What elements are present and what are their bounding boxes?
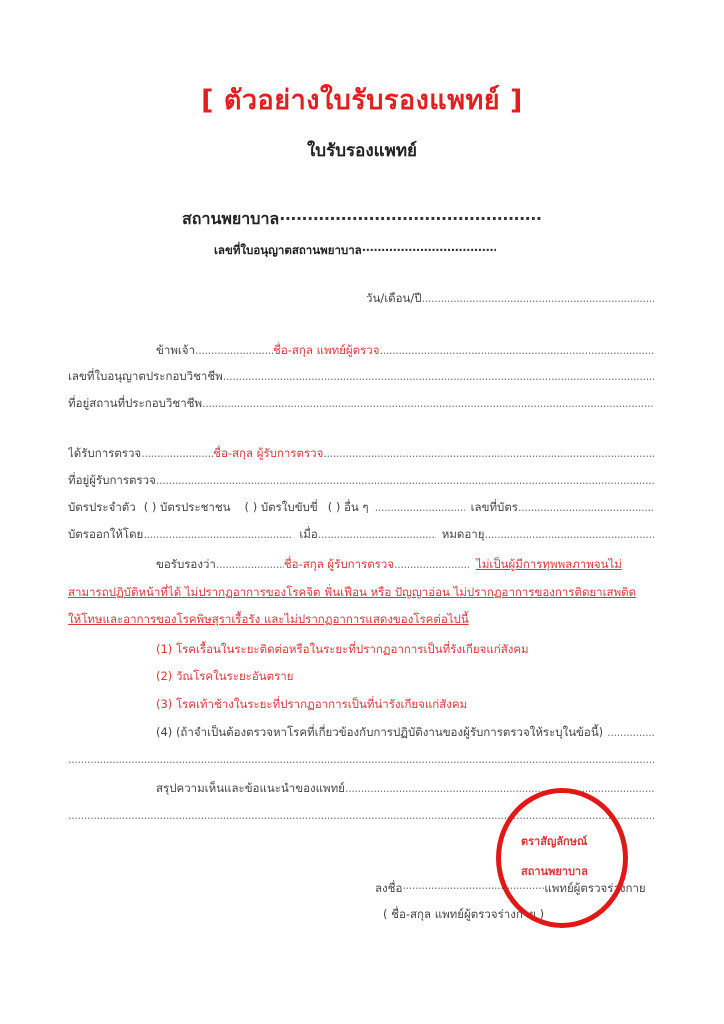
condition-4: (4) (ถ้าจำเป็นต้องตรวจหาโรคที่เกี่ยวข้อง… xyxy=(156,724,654,742)
id-option-driver-license[interactable]: ( ) บัตรใบขับขี่ xyxy=(245,499,318,517)
issued-field: บัตรออกให้โดย เมื่อ หมดอายุ xyxy=(68,526,654,544)
hospital-field: สถานพยาบาล xyxy=(182,205,541,232)
certify-dots-2 xyxy=(394,557,470,571)
sample-title: [ ตัวอย่างใบรับรองแพทย์ ] xyxy=(0,78,724,121)
certify-dots-1 xyxy=(216,557,284,571)
condition-3: (3) โรคเท้าช้างในระยะที่ปรากฏอาการเป็นที… xyxy=(156,696,654,714)
card-number-blank[interactable] xyxy=(518,500,654,514)
patient-address-blank[interactable] xyxy=(156,473,654,487)
hospital-license-blank[interactable] xyxy=(362,240,496,254)
date-label: วัน/เดือน/ปี xyxy=(366,290,422,308)
condition-4-blank[interactable] xyxy=(607,725,654,739)
issued-date-blank[interactable] xyxy=(318,527,436,541)
document-title: ใบรับรองแพทย์ xyxy=(0,137,724,164)
sign-label: ลงชื่อ xyxy=(375,881,402,895)
certify-name-placeholder[interactable]: ชื่อ-สกุล ผู้รับการตรวจ xyxy=(284,556,394,574)
condition-1-text: (1) โรคเรื้อนในระยะติดต่อหรือในระยะที่ปร… xyxy=(156,641,529,659)
hospital-blank[interactable] xyxy=(279,205,541,224)
doctor-license-label: เลขที่ใบอนุญาตประกอบวิชาชีพ xyxy=(68,368,223,386)
doctor-license-blank[interactable] xyxy=(223,369,654,383)
card-number-label: เลขที่บัตร xyxy=(471,499,518,517)
date-field: วัน/เดือน/ปี xyxy=(366,290,654,308)
stamp-line-1: ตราสัญลักษณ์ xyxy=(521,832,587,850)
stamp-line-2: สถานพยาบาล xyxy=(521,862,588,880)
summary-blank[interactable] xyxy=(345,781,654,795)
issued-date-label: เมื่อ xyxy=(299,526,317,544)
hospital-license-field: เลขที่ใบอนุญาตสถานพยาบาล xyxy=(214,240,496,260)
certify-statement-1: ไม่เป็นผู้มีการทุพพลภาพจนไม่ xyxy=(476,556,622,574)
expiry-label: หมดอายุ xyxy=(442,526,485,544)
patient-examined-label: ได้รับการตรวจ xyxy=(68,445,141,463)
condition-1: (1) โรคเรื้อนในระยะติดต่อหรือในระยะที่ปร… xyxy=(156,641,654,659)
doctor-name-placeholder[interactable]: ชื่อ-สกุล แพทย์ผู้ตรวจ xyxy=(273,342,379,360)
patient-name-dots xyxy=(141,446,213,460)
id-option-national-id[interactable]: ( ) บัตรประชาชน xyxy=(144,499,231,517)
certify-statement-line-2: สามารถปฏิบัติหน้าที่ได้ ไม่ปรากฏอาการของ… xyxy=(68,584,654,602)
condition-4-text: (4) (ถ้าจำเป็นต้องตรวจหาโรคที่เกี่ยวข้อง… xyxy=(156,724,603,742)
date-blank[interactable] xyxy=(422,291,654,305)
id-other-blank[interactable] xyxy=(375,500,465,514)
issued-by-blank[interactable] xyxy=(143,527,293,541)
patient-name-field: ได้รับการตรวจชื่อ-สกุล ผู้รับการตรวจ xyxy=(68,445,654,463)
patient-name-placeholder[interactable]: ชื่อ-สกุล ผู้รับการตรวจ xyxy=(213,445,323,463)
summary-label: สรุปความเห็นและข้อแนะนำของแพทย์ xyxy=(156,780,345,798)
id-option-other[interactable]: ( ) อื่น ๆ xyxy=(328,499,369,517)
doctor-workplace-field: ที่อยู่สถานที่ประกอบวิชาชีพ xyxy=(68,395,654,413)
id-card-field: บัตรประจำตัว ( ) บัตรประชาชน ( ) บัตรใบข… xyxy=(68,499,654,517)
condition-4-extra-line xyxy=(68,752,654,766)
doctor-workplace-label: ที่อยู่สถานที่ประกอบวิชาชีพ xyxy=(68,395,202,413)
hospital-label: สถานพยาบาล xyxy=(182,209,279,228)
certify-statement-3: ให้โทษและอาการของโรคพิษสุราเรื้อรัง และไ… xyxy=(68,611,469,629)
expiry-blank[interactable] xyxy=(484,527,654,541)
hospital-license-label: เลขที่ใบอนุญาตสถานพยาบาล xyxy=(214,243,362,257)
certify-statement-2: สามารถปฏิบัติหน้าที่ได้ ไม่ปรากฏอาการของ… xyxy=(68,584,636,602)
doctor-intro-label: ข้าพเจ้า xyxy=(156,342,195,360)
patient-address-field: ที่อยู่ผู้รับการตรวจ xyxy=(68,472,654,490)
condition-2: (2) วัณโรคในระยะอันตราย xyxy=(156,668,654,686)
hospital-stamp-circle xyxy=(496,788,628,928)
doctor-workplace-blank[interactable] xyxy=(202,396,654,410)
doctor-name-blank[interactable] xyxy=(379,343,654,357)
issued-by-label: บัตรออกให้โดย xyxy=(68,526,143,544)
certify-field: ขอรับรองว่าชื่อ-สกุล ผู้รับการตรวจ ไม่เป… xyxy=(156,556,654,574)
condition-2-text: (2) วัณโรคในระยะอันตราย xyxy=(156,668,293,686)
condition-3-text: (3) โรคเท้าช้างในระยะที่ปรากฏอาการเป็นที… xyxy=(156,696,467,714)
certify-intro-label: ขอรับรองว่า xyxy=(156,556,216,574)
id-card-label: บัตรประจำตัว xyxy=(68,499,136,517)
certify-statement-line-3: ให้โทษและอาการของโรคพิษสุราเรื้อรัง และไ… xyxy=(68,611,654,629)
patient-address-label: ที่อยู่ผู้รับการตรวจ xyxy=(68,472,156,490)
doctor-name-dots xyxy=(195,343,273,357)
doctor-license-field: เลขที่ใบอนุญาตประกอบวิชาชีพ xyxy=(68,368,654,386)
doctor-name-field: ข้าพเจ้าชื่อ-สกุล แพทย์ผู้ตรวจ xyxy=(156,342,654,360)
condition-4-extra-blank[interactable] xyxy=(68,752,654,766)
patient-name-blank[interactable] xyxy=(323,446,654,460)
